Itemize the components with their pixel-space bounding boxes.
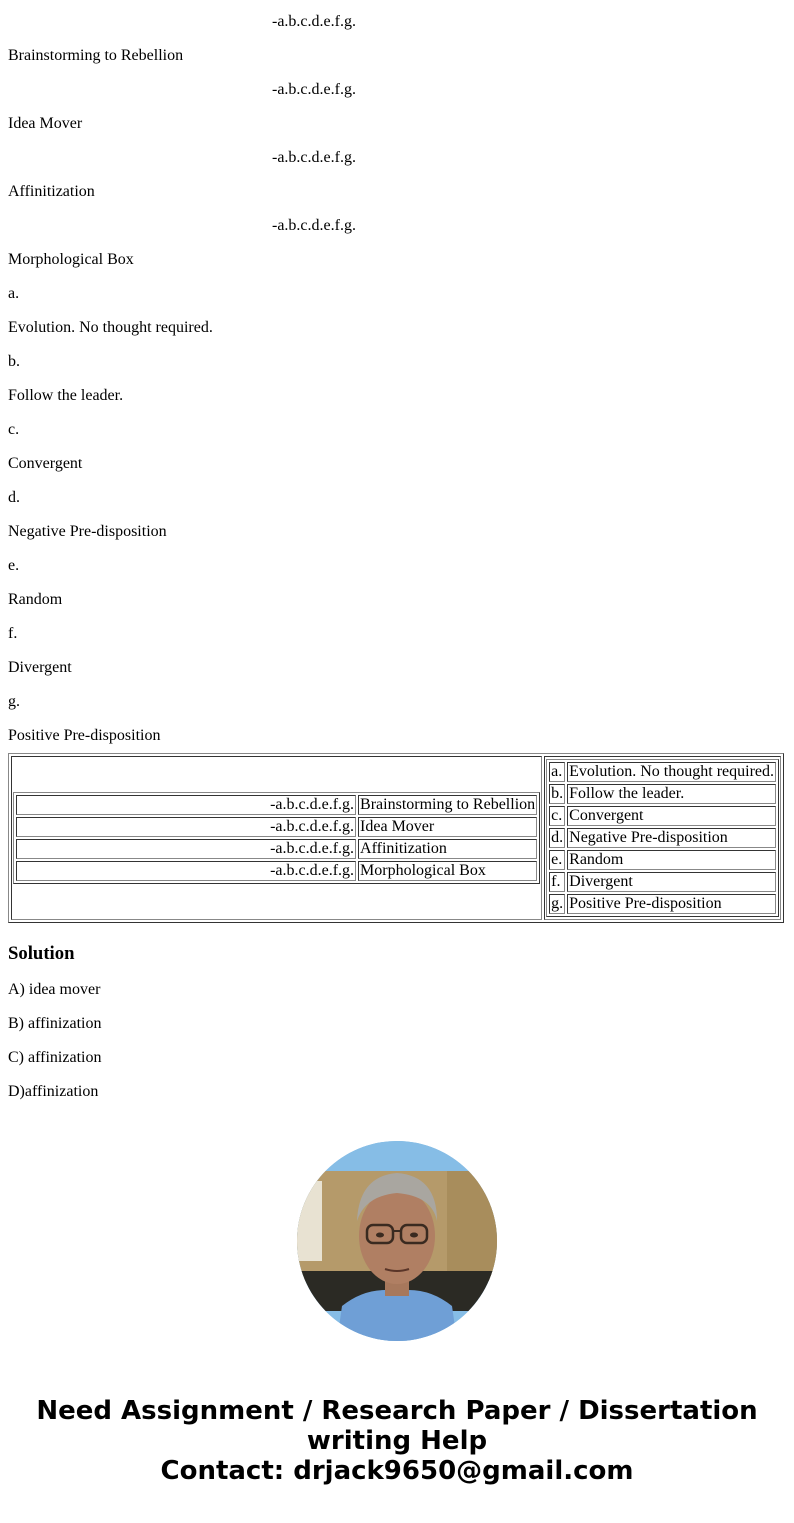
options-text: -a.b.c.d.e.f.g. <box>8 13 786 31</box>
table-row: g. Positive Pre-disposition <box>549 894 776 914</box>
choice-text-cell: Divergent <box>567 872 776 892</box>
choice-text: Divergent <box>8 659 786 677</box>
choice-text-cell: Negative Pre-disposition <box>567 828 776 848</box>
options-text: -a.b.c.d.e.f.g. <box>8 217 786 235</box>
table-row: a. Evolution. No thought required. <box>549 762 776 782</box>
choice-text: Convergent <box>8 455 786 473</box>
table-row: e. Random <box>549 850 776 870</box>
options-text: -a.b.c.d.e.f.g. <box>8 149 786 167</box>
choice-letter-cell: c. <box>549 806 565 826</box>
choice-letter-cell: f. <box>549 872 565 892</box>
choice-text-cell: Random <box>567 850 776 870</box>
table-row: -a.b.c.d.e.f.g. Affinitization <box>16 839 537 859</box>
choices-cell: a. Evolution. No thought required. b. Fo… <box>544 756 781 920</box>
table-row: -a.b.c.d.e.f.g. Brainstorming to Rebelli… <box>16 795 537 815</box>
matching-table: -a.b.c.d.e.f.g. Brainstorming to Rebelli… <box>8 753 784 923</box>
choice-letter-cell: e. <box>549 850 565 870</box>
term-text: Idea Mover <box>8 115 786 133</box>
term-text: Affinitization <box>8 183 786 201</box>
answer: D)affinization <box>8 1083 786 1101</box>
table-row: c. Convergent <box>549 806 776 826</box>
table-row: -a.b.c.d.e.f.g. Morphological Box <box>16 861 537 881</box>
choice-letter: d. <box>8 489 786 507</box>
terms-table: -a.b.c.d.e.f.g. Brainstorming to Rebelli… <box>13 792 540 884</box>
table-row: b. Follow the leader. <box>549 784 776 804</box>
choice-text: Negative Pre-disposition <box>8 523 786 541</box>
avatar <box>297 1141 497 1341</box>
choice-letter: c. <box>8 421 786 439</box>
term-cell: Morphological Box <box>358 861 537 881</box>
person-photo-icon <box>297 1141 497 1341</box>
term-cell: Affinitization <box>358 839 537 859</box>
contact-email: Contact: drjack9650@gmail.com <box>0 1456 794 1486</box>
table-row: f. Divergent <box>549 872 776 892</box>
choice-letter-cell: b. <box>549 784 565 804</box>
banner-line: writing Help <box>0 1426 794 1456</box>
choice-text: Positive Pre-disposition <box>8 727 786 745</box>
choice-letter-cell: d. <box>549 828 565 848</box>
answer: A) idea mover <box>8 981 786 999</box>
options-cell: -a.b.c.d.e.f.g. <box>16 817 356 837</box>
choice-text-cell: Follow the leader. <box>567 784 776 804</box>
choices-table: a. Evolution. No thought required. b. Fo… <box>546 759 779 917</box>
choice-letter-cell: g. <box>549 894 565 914</box>
choice-text-cell: Evolution. No thought required. <box>567 762 776 782</box>
solution-heading: Solution <box>8 943 786 965</box>
choice-text-cell: Positive Pre-disposition <box>567 894 776 914</box>
term-text: Brainstorming to Rebellion <box>8 47 786 65</box>
choice-letter: g. <box>8 693 786 711</box>
options-cell: -a.b.c.d.e.f.g. <box>16 839 356 859</box>
choice-text: Evolution. No thought required. <box>8 319 786 337</box>
answer: C) affinization <box>8 1049 786 1067</box>
table-row: d. Negative Pre-disposition <box>549 828 776 848</box>
choice-letter: e. <box>8 557 786 575</box>
terms-cell: -a.b.c.d.e.f.g. Brainstorming to Rebelli… <box>11 756 542 920</box>
answer: B) affinization <box>8 1015 786 1033</box>
options-text: -a.b.c.d.e.f.g. <box>8 81 786 99</box>
term-cell: Brainstorming to Rebellion <box>358 795 537 815</box>
choice-text-cell: Convergent <box>567 806 776 826</box>
choice-text: Random <box>8 591 786 609</box>
options-cell: -a.b.c.d.e.f.g. <box>16 861 356 881</box>
choice-letter-cell: a. <box>549 762 565 782</box>
table-row: -a.b.c.d.e.f.g. Idea Mover <box>16 817 537 837</box>
term-text: Morphological Box <box>8 251 786 269</box>
term-cell: Idea Mover <box>358 817 537 837</box>
choice-letter: f. <box>8 625 786 643</box>
banner-line: Need Assignment / Research Paper / Disse… <box>0 1396 794 1426</box>
choice-text: Follow the leader. <box>8 387 786 405</box>
options-cell: -a.b.c.d.e.f.g. <box>16 795 356 815</box>
choice-letter: b. <box>8 353 786 371</box>
avatar-container <box>0 1141 794 1346</box>
document: -a.b.c.d.e.f.g. Brainstorming to Rebelli… <box>0 13 794 1101</box>
contact-banner: Need Assignment / Research Paper / Disse… <box>0 1396 794 1516</box>
choice-letter: a. <box>8 285 786 303</box>
